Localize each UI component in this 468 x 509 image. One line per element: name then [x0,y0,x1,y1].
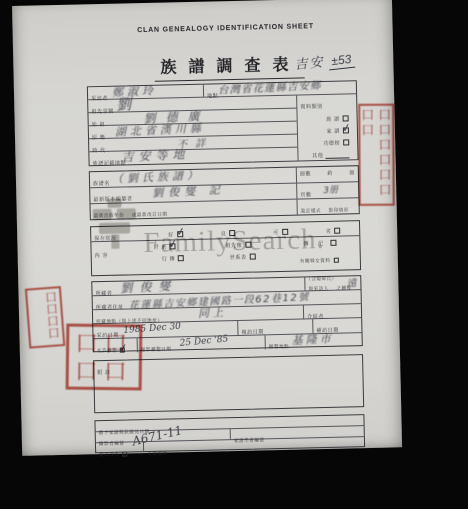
mailing-address-label: 寄贈地址 [144,450,168,458]
revisit-date-label: 複訪日期 [238,325,264,336]
copy-request-label: 要求改本 [96,451,120,459]
genealogy-sheet: CLAN GENEALOGY IDENTIFICATION SHEET 族譜調查… [12,0,402,456]
pages-label: 頁數 [297,188,311,198]
annotation-place: 吉安 [294,54,325,72]
annotation-no: ±53 [328,52,356,71]
filming-place-value: 基隆市 [291,330,334,348]
record-types-header: 資料類別 [297,100,323,111]
familysearch-watermark: FamilySearch. [143,223,325,260]
volumes-unit: 冊 [346,166,358,181]
type-other-label: 其他 [312,151,323,158]
microfilm-date-label: 縮影攝製日期 [138,344,172,353]
type-clan-genealogy-label: 族 譜 [326,115,340,122]
ancestor-info-table: 采訪者 鄭淑玲 地點 台灣省花蓮縣吉安鄉 祖先堂號 劉 始 祖 劉德廣 原 籍 [87,80,359,166]
other-blank-line [325,151,349,159]
binding-label-line1: 裝訂樣式 [298,208,322,216]
pages-value: 3册 [323,182,338,196]
record-location-value: 同上 [198,304,227,321]
volumes-label: 冊數 [297,167,312,182]
scan-background: CLAN GENEALOGY IDENTIFICATION SHEET 族譜調查… [0,0,468,509]
recorded-places-value: 吉安等地 [121,145,190,165]
familysearch-tree-logo-icon [87,196,142,256]
content-records-checkbox [330,240,336,246]
chinese-title: 族譜調查表 [154,51,305,81]
relation-value: 遠 [346,274,357,289]
content-women-checkbox [333,258,338,263]
red-seal-stamp-left-edge: 口口口口 [25,286,65,349]
microfilm-date-value: 25 Dec '85 [179,335,228,349]
compiler-value: 劉俊燮 記 [152,181,225,201]
volumes-approx: 約 [324,167,333,182]
english-title: CLAN GENEALOGY IDENTIFICATION SHEET [76,22,376,36]
catalog-numbers-table: 贈予家譜獎狀贈送日期 攝影者編號 A671-11 家譜學會編號 要求改本 寄贈地… [94,414,365,453]
type-merit-board-checkbox [343,139,349,145]
red-seal-stamp-right: 口口口口口口口口 [358,104,395,206]
type-family-genealogy-label: 家 譜 [326,127,340,134]
owner-value: 劉俊燮 [120,277,178,297]
content-women-label: 有關婦女資料 [300,259,331,265]
filming-place-label: 攝製地點 [266,342,290,351]
condition-poor-checkbox [334,228,340,234]
binding-label-line2: 影印情形 [326,208,350,214]
copy-request-checkbox [123,451,128,456]
red-seal-stamp-bottom-left: 口口口口 [66,324,143,391]
type-family-genealogy-checkbox: ✓ [343,127,349,133]
type-merit-board-label: 功德榜 [323,139,340,146]
hall-value: 劉 [116,93,132,115]
genealogy-title-label: 族譜名 [90,177,110,187]
condition-poor: 劣 [325,220,340,238]
